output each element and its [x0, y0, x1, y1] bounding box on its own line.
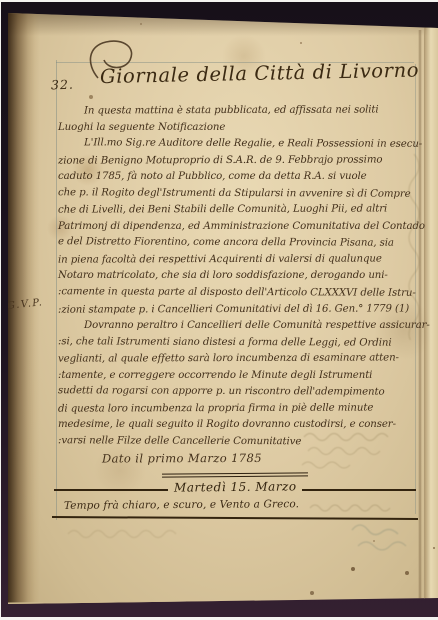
manuscript-line: e del Distretto Fiorentino, come ancora …: [58, 235, 418, 253]
page-number: 32.: [51, 77, 74, 93]
weather-note: Tempo frà chiaro, e scuro, e Vento a Gre…: [64, 498, 299, 512]
manuscript-line: :zioni stampate p. i Cancellieri Comunit…: [58, 301, 418, 319]
manuscript-line: sudetti da rogarsi con apporre p. un ris…: [58, 384, 418, 402]
ink-bleedthrough: [66, 524, 186, 546]
manuscript-line: Luoghi la seguente Notificazione: [58, 120, 418, 137]
journal-entry-heading-row: Martedì 15. Marzo: [54, 480, 416, 494]
manuscript-line: che p. il Rogito degl'Istrumenti da Stip…: [58, 185, 418, 203]
manuscript-line: Notaro matricolato, che sia di loro sodd…: [58, 268, 418, 285]
notification-text: In questa mattina è stata pubblicata, ed…: [58, 103, 418, 467]
manuscript-line: L'Ill.mo Sig.re Auditore delle Regalie, …: [58, 135, 418, 153]
page-title: Giornale della Città di Livorno: [100, 59, 400, 88]
manuscript-page: 32. Giornale della Città di Livorno In q…: [0, 0, 438, 620]
ruled-margin-left: [56, 60, 57, 520]
heading-rule-left: [54, 489, 168, 491]
manuscript-line: zione di Benigno Motuproprio di S.A.R. d…: [58, 152, 418, 170]
manuscript-line: caduto 1785, fà noto al Pubblico, come d…: [58, 169, 418, 186]
entry-date-heading: Martedì 15. Marzo: [174, 479, 297, 494]
manuscript-line: Dovranno peraltro i Cancellieri delle Co…: [58, 318, 418, 335]
manuscript-line: che di Livelli, dei Beni Stabili delle C…: [58, 202, 418, 220]
ink-bleedthrough: [348, 520, 414, 554]
ink-bleedthrough: [404, 150, 426, 340]
manuscript-line: :camente in questa parte al disposto del…: [58, 284, 418, 302]
manuscript-line: :si, che tali Istrumenti siano distesi a…: [58, 334, 418, 352]
manuscript-line: veglianti, al quale effetto sarà loro in…: [58, 351, 418, 369]
ink-bleedthrough: [300, 425, 412, 471]
manuscript-line: In questa mattina è stata pubblicata, ed…: [58, 102, 418, 120]
manuscript-line: di questa loro incumbenza la propria fir…: [58, 400, 418, 418]
manuscript-line: Patrimonj di dipendenza, ed Amministrazi…: [58, 219, 418, 236]
ink-bleedthrough: [308, 500, 412, 514]
heading-rule-right: [302, 489, 416, 491]
manuscript-line: :tamente, e correggere occorrendo le Min…: [58, 368, 418, 385]
section-divider-double-rule: [162, 472, 308, 478]
manuscript-line: in piena facoltà dei respettivi Acquiren…: [58, 251, 418, 269]
manuscript-scan: 32. Giornale della Città di Livorno In q…: [0, 0, 438, 620]
